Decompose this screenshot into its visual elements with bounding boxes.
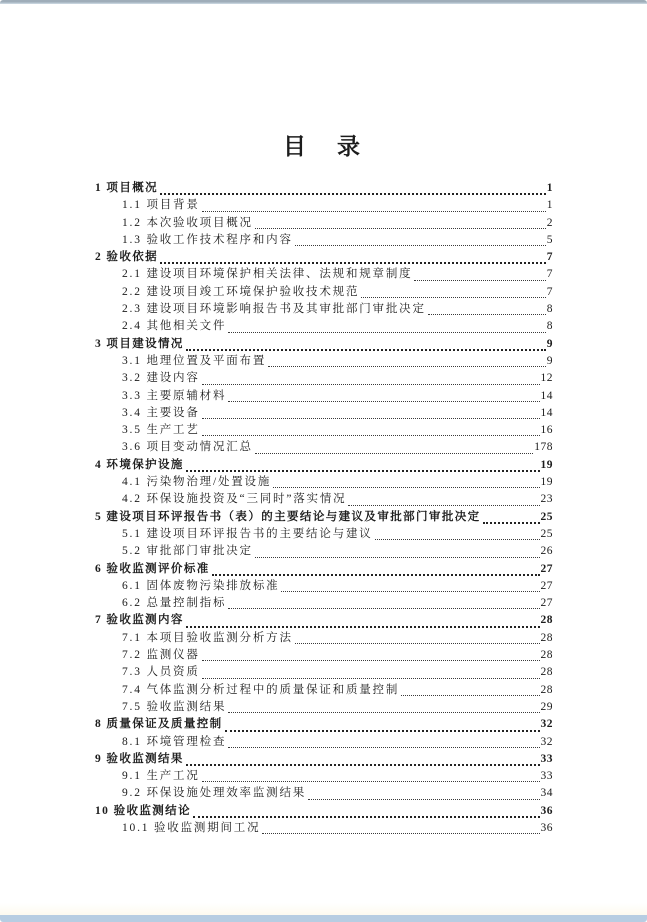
toc-entry-page: 7: [547, 266, 553, 283]
toc-entry-page: 28: [541, 612, 554, 629]
toc-entry-label: 6 验收监测评价标准: [95, 561, 210, 578]
toc-leader-dots: [202, 678, 540, 679]
toc-entry-page: 19: [541, 457, 554, 474]
toc-entry: 10.1 验收监测期间工况36: [95, 820, 553, 837]
toc-entry-label: 10 验收监测结论: [95, 803, 191, 820]
toc-entry: 7.1 本项目验收监测分析方法28: [95, 630, 553, 647]
toc-entry-page: 9: [547, 353, 553, 370]
toc-entry-label: 3.4 主要设备: [122, 405, 200, 422]
toc-entry: 3.1 地理位置及平面布置9: [95, 353, 553, 370]
page-bottom-border: [0, 915, 647, 922]
toc-entry-label: 4 环境保护设施: [95, 457, 184, 474]
page-title: 目 录: [0, 131, 647, 163]
toc-entry-label: 6.1 固体废物污染排放标准: [122, 578, 279, 595]
toc-leader-dots: [308, 799, 539, 800]
toc-entry-page: 34: [541, 785, 554, 802]
toc-leader-dots: [348, 505, 539, 506]
toc-entry-page: 19: [541, 474, 554, 491]
toc-entry: 3 项目建设情况9: [95, 336, 553, 353]
toc-entry-label: 8.1 环境管理检查: [122, 734, 226, 751]
toc-entry-label: 5.1 建设项目环评报告书的主要结论与建议: [122, 526, 373, 543]
toc-leader-dots: [414, 280, 545, 281]
toc-entry: 2.2 建设项目竣工环境保护验收技术规范7: [95, 284, 553, 301]
toc-entry: 7.4 气体监测分析过程中的质量保证和质量控制28: [95, 682, 553, 699]
toc-entry: 10 验收监测结论36: [95, 803, 553, 820]
toc-entry: 2.3 建设项目环境影响报告书及其审批部门审批决定8: [95, 301, 553, 318]
toc-leader-dots: [255, 453, 533, 454]
toc-entry-label: 6.2 总量控制指标: [122, 595, 226, 612]
toc-entry-page: 27: [541, 578, 554, 595]
toc-entry: 3.3 主要原辅材料14: [95, 388, 553, 405]
toc-entry-label: 7.5 验收监测结果: [122, 699, 226, 716]
toc-entry-label: 10.1 验收监测期间工况: [122, 820, 260, 837]
toc-entry-page: 28: [541, 630, 554, 647]
toc-entry: 9.2 环保设施处理效率监测结果34: [95, 785, 553, 802]
toc-leader-dots: [255, 557, 540, 558]
toc-entry-page: 28: [541, 682, 554, 699]
toc-leader-dots: [202, 418, 540, 419]
page-bottom-tint: [0, 903, 647, 915]
toc-entry-page: 14: [541, 388, 554, 405]
toc-entry-page: 7: [547, 284, 553, 301]
toc-entry-page: 16: [541, 422, 554, 439]
toc-entry-page: 36: [541, 820, 554, 837]
toc-leader-dots: [228, 608, 539, 609]
toc-entry: 1 项目概况1: [95, 180, 553, 197]
toc-leader-dots: [295, 643, 540, 644]
toc-entry: 1.1 项目背景1: [95, 197, 553, 214]
toc-entry-label: 7.1 本项目验收监测分析方法: [122, 630, 293, 647]
toc-entry: 6.1 固体废物污染排放标准27: [95, 578, 553, 595]
toc-entry-page: 2: [547, 215, 553, 232]
toc-entry-page: 7: [547, 249, 553, 266]
toc-leader-dots: [186, 626, 540, 628]
toc-entry: 3.2 建设内容12: [95, 370, 553, 387]
toc-leader-dots: [202, 211, 546, 212]
toc-entry-label: 2.4 其他相关文件: [122, 318, 226, 335]
toc-leader-dots: [262, 833, 539, 834]
toc-entry: 8 质量保证及质量控制32: [95, 716, 553, 733]
toc-entry-label: 1 项目概况: [95, 180, 158, 197]
toc-entry: 8.1 环境管理检查32: [95, 734, 553, 751]
toc-entry-label: 2.2 建设项目竣工环境保护验收技术规范: [122, 284, 359, 301]
toc-leader-dots: [186, 349, 546, 351]
toc-entry: 2 验收依据7: [95, 249, 553, 266]
toc-leader-dots: [273, 487, 539, 488]
toc-entry-label: 3.5 生产工艺: [122, 422, 200, 439]
toc-entry-page: 27: [541, 595, 554, 612]
toc-entry: 6 验收监测评价标准27: [95, 561, 553, 578]
toc-entry-page: 32: [541, 734, 554, 751]
toc-entry-label: 4.1 污染物治理/处置设施: [122, 474, 271, 491]
toc-entry-page: 12: [541, 370, 554, 387]
toc-leader-dots: [202, 435, 540, 436]
toc-entry-label: 3 项目建设情况: [95, 336, 184, 353]
toc-entry: 7 验收监测内容28: [95, 612, 553, 629]
toc-entry-page: 14: [541, 405, 554, 422]
toc-entry-page: 28: [541, 664, 554, 681]
toc-entry-page: 8: [547, 318, 553, 335]
toc-entry: 2.1 建设项目环境保护相关法律、法规和规章制度7: [95, 266, 553, 283]
toc-entry-page: 5: [547, 232, 553, 249]
toc-leader-dots: [202, 660, 540, 661]
toc-entry-page: 33: [541, 751, 554, 768]
toc-leader-dots: [160, 193, 546, 195]
toc-entry: 4 环境保护设施19: [95, 457, 553, 474]
toc-entry-page: 29: [541, 699, 554, 716]
toc-leader-dots: [212, 574, 540, 576]
toc-entry: 2.4 其他相关文件8: [95, 318, 553, 335]
toc-entry-label: 7 验收监测内容: [95, 612, 184, 629]
toc-entry: 6.2 总量控制指标27: [95, 595, 553, 612]
toc-leader-dots: [225, 730, 540, 732]
toc-entry-label: 2 验收依据: [95, 249, 158, 266]
toc-leader-dots: [228, 712, 539, 713]
toc-leader-dots: [186, 764, 540, 766]
toc-entry: 5 建设项目环评报告书（表）的主要结论与建议及审批部门审批决定25: [95, 509, 553, 526]
toc-entry-page: 9: [547, 336, 553, 353]
toc-entry-label: 7.2 监测仪器: [122, 647, 200, 664]
toc-entry-label: 1.3 验收工作技术程序和内容: [122, 232, 293, 249]
toc-entry-page: 1: [547, 197, 553, 214]
toc-entry-label: 3.1 地理位置及平面布置: [122, 353, 266, 370]
toc-leader-dots: [483, 522, 540, 524]
toc-entry-page: 33: [541, 768, 554, 785]
toc-entry-page: 26: [541, 543, 554, 560]
toc-entry-label: 2.3 建设项目环境影响报告书及其审批部门审批决定: [122, 301, 426, 318]
toc-leader-dots: [186, 470, 540, 472]
toc-leader-dots: [160, 262, 546, 264]
toc-leader-dots: [428, 314, 546, 315]
toc-entry-page: 25: [541, 526, 554, 543]
toc-entry: 1.2 本次验收项目概况2: [95, 215, 553, 232]
toc-entry: 5.1 建设项目环评报告书的主要结论与建议25: [95, 526, 553, 543]
toc-entry-label: 2.1 建设项目环境保护相关法律、法规和规章制度: [122, 266, 412, 283]
toc-leader-dots: [268, 366, 546, 367]
toc-entry-label: 5 建设项目环评报告书（表）的主要结论与建议及审批部门审批决定: [95, 509, 481, 526]
toc-entry: 3.6 项目变动情况汇总178: [95, 439, 553, 456]
toc-entry-label: 4.2 环保设施投资及“三同时”落实情况: [122, 491, 346, 508]
toc-leader-dots: [401, 695, 539, 696]
toc-entry: 7.5 验收监测结果29: [95, 699, 553, 716]
toc-entry: 9 验收监测结果33: [95, 751, 553, 768]
toc-entry-label: 1.1 项目背景: [122, 197, 200, 214]
toc-leader-dots: [375, 539, 540, 540]
toc-entry-label: 5.2 审批部门审批决定: [122, 543, 253, 560]
toc-entry-page: 27: [541, 561, 554, 578]
document-page: 目 录 1 项目概况11.1 项目背景11.2 本次验收项目概况21.3 验收工…: [0, 0, 647, 922]
toc-entry-label: 3.3 主要原辅材料: [122, 388, 226, 405]
toc-entry-label: 3.6 项目变动情况汇总: [122, 439, 253, 456]
toc-leader-dots: [202, 384, 540, 385]
toc-entry-page: 8: [547, 301, 553, 318]
toc-entry-page: 23: [541, 491, 554, 508]
toc-entry: 4.2 环保设施投资及“三同时”落实情况23: [95, 491, 553, 508]
toc-entry: 7.2 监测仪器28: [95, 647, 553, 664]
toc-leader-dots: [255, 228, 546, 229]
toc-entry-label: 8 质量保证及质量控制: [95, 716, 223, 733]
toc-entry-label: 9.2 环保设施处理效率监测结果: [122, 785, 306, 802]
toc-entry-label: 7.4 气体监测分析过程中的质量保证和质量控制: [122, 682, 399, 699]
toc-entry-label: 9.1 生产工况: [122, 768, 200, 785]
toc-entry: 3.4 主要设备14: [95, 405, 553, 422]
toc-leader-dots: [228, 332, 546, 333]
toc-list: 1 项目概况11.1 项目背景11.2 本次验收项目概况21.3 验收工作技术程…: [95, 180, 553, 837]
toc-leader-dots: [361, 297, 546, 298]
toc-leader-dots: [281, 591, 539, 592]
toc-leader-dots: [228, 401, 539, 402]
toc-entry-label: 9 验收监测结果: [95, 751, 184, 768]
page-top-border: [0, 0, 647, 4]
toc-entry: 7.3 人员资质28: [95, 664, 553, 681]
toc-entry-page: 25: [541, 509, 554, 526]
toc-entry-page: 32: [541, 716, 554, 733]
toc-entry: 3.5 生产工艺16: [95, 422, 553, 439]
toc-entry: 9.1 生产工况33: [95, 768, 553, 785]
toc-leader-dots: [202, 781, 540, 782]
toc-leader-dots: [295, 245, 546, 246]
toc-entry-page: 36: [541, 803, 554, 820]
toc-entry-page: 1: [547, 180, 553, 197]
toc-leader-dots: [193, 816, 540, 818]
toc-entry-page: 178: [534, 439, 553, 456]
toc-entry-label: 3.2 建设内容: [122, 370, 200, 387]
toc-entry-label: 7.3 人员资质: [122, 664, 200, 681]
toc-entry: 5.2 审批部门审批决定26: [95, 543, 553, 560]
toc-entry-page: 28: [541, 647, 554, 664]
toc-leader-dots: [228, 747, 539, 748]
toc-entry: 1.3 验收工作技术程序和内容5: [95, 232, 553, 249]
toc-entry-label: 1.2 本次验收项目概况: [122, 215, 253, 232]
toc-entry: 4.1 污染物治理/处置设施19: [95, 474, 553, 491]
